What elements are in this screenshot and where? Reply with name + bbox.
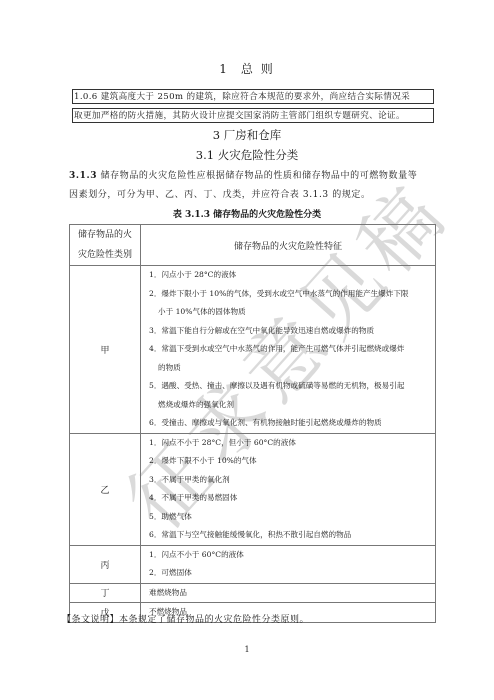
clause-1-0-6-line-1: 1.0.6 建筑高度大于 250m 的建筑，除应符合本规范的要求外，尚应结合实际… <box>72 89 434 104</box>
category-cell: 丁 <box>70 583 141 603</box>
list-item: 难燃烧物品 <box>149 584 435 603</box>
list-item: 2．爆炸下限不小于 10%的气体 <box>149 452 435 471</box>
list-item: 3．常温下能自行分解或在空气中氧化能导致迅速自燃或爆炸的物质 <box>149 322 435 341</box>
category-cell: 乙 <box>70 433 141 545</box>
feature-cell: 1．闪点不小于 28°C，但小于 60°C的液体 2．爆炸下限不小于 10%的气… <box>141 433 436 545</box>
feature-cell: 1．闪点小于 28°C的液体 2．爆炸下限小于 10%的气体，受到水或空气中水蒸… <box>141 266 436 434</box>
header-category-line-2: 灾危险性类别 <box>70 245 140 265</box>
chapter-3-heading: 3 厂房和仓库 <box>0 127 494 143</box>
list-item: 6．常温下与空气接触能缓慢氧化，积热不散引起自燃的物品 <box>149 526 435 545</box>
table-row-ding: 丁 难燃烧物品 <box>70 583 436 603</box>
clause-text-line-2: 因素划分，可分为甲、乙、丙、丁、戊类，并应符合表 3.1.3 的规定。 <box>69 186 439 205</box>
list-item: 2．爆炸下限小于 10%的气体，受到水或空气中水蒸气的作用能产生爆炸下限 <box>149 285 435 304</box>
table-row-bing: 丙 1．闪点不小于 60°C的液体 2．可燃固体 <box>70 545 436 583</box>
chapter-1-title: 1 <box>219 62 229 76</box>
list-item: 5．助燃气体 <box>149 508 435 527</box>
chapter-1-heading: 1总 则 <box>0 60 494 77</box>
list-item: 4．不属于甲类的易燃固体 <box>149 489 435 508</box>
page-number: 1 <box>0 645 494 654</box>
list-item: 的物质 <box>149 359 435 378</box>
table-row-jia: 甲 1．闪点小于 28°C的液体 2．爆炸下限小于 10%的气体，受到水或空气中… <box>70 266 436 434</box>
section-3-1-heading: 3.1 火灾危险性分类 <box>0 147 494 163</box>
header-category: 储存物品的火 灾危险性类别 <box>70 225 141 266</box>
clause-text-line-1: 储存物品的火灾危险性应根据储存物品的性质和储存物品中的可燃物数量等 <box>97 171 417 181</box>
list-item: 1．闪点不小于 60°C的液体 <box>149 546 435 565</box>
clause-explanation: 【条文说明】本条规定了储存物品的火灾危险性分类原则。 <box>62 612 309 625</box>
list-item: 6．受撞击、摩擦或与氧化剂、有机物接触时能引起燃烧或爆炸的物质 <box>149 414 435 433</box>
table-row-yi: 乙 1．闪点不小于 28°C，但小于 60°C的液体 2．爆炸下限不小于 10%… <box>70 433 436 545</box>
list-item: 5．遇酸、受热、撞击、摩擦以及遇有机物或硫磺等易燃的无机物，极易引起 <box>149 377 435 396</box>
clause-1-0-6-line-2: 取更加严格的防火措施，其防火设计应提交国家消防主管部门组织专题研究、论证。 <box>72 108 434 123</box>
list-item: 燃烧或爆炸的强氧化剂 <box>149 396 435 415</box>
list-item: 小于 10%气体的固体物质 <box>149 303 435 322</box>
list-item: 1．闪点小于 28°C的液体 <box>149 266 435 285</box>
table-caption: 表 3.1.3 储存物品的火灾危险性分类 <box>0 207 494 220</box>
chapter-1-name: 总 则 <box>241 62 275 76</box>
category-cell: 丙 <box>70 545 141 583</box>
table-header-row: 储存物品的火 灾危险性类别 储存物品的火灾危险性特征 <box>70 225 436 266</box>
feature-cell: 难燃烧物品 <box>141 583 436 603</box>
clause-3-1-3: 3.1.3 储存物品的火灾危险性应根据储存物品的性质和储存物品中的可燃物数量等 … <box>69 167 439 205</box>
header-category-line-1: 储存物品的火 <box>70 225 140 245</box>
list-item: 3．不属于甲类的氧化剂 <box>149 471 435 490</box>
list-item: 4．常温下受到水或空气中水蒸气的作用，能产生可燃气体并引起燃烧或爆炸 <box>149 340 435 359</box>
category-cell: 甲 <box>70 266 141 434</box>
fire-hazard-table: 储存物品的火 灾危险性类别 储存物品的火灾危险性特征 甲 1．闪点小于 28°C… <box>69 224 436 623</box>
list-item: 1．闪点不小于 28°C，但小于 60°C的液体 <box>149 434 435 453</box>
clause-number: 3.1.3 <box>69 171 97 181</box>
feature-cell: 1．闪点不小于 60°C的液体 2．可燃固体 <box>141 545 436 583</box>
list-item: 2．可燃固体 <box>149 564 435 583</box>
header-feature: 储存物品的火灾危险性特征 <box>141 225 436 266</box>
